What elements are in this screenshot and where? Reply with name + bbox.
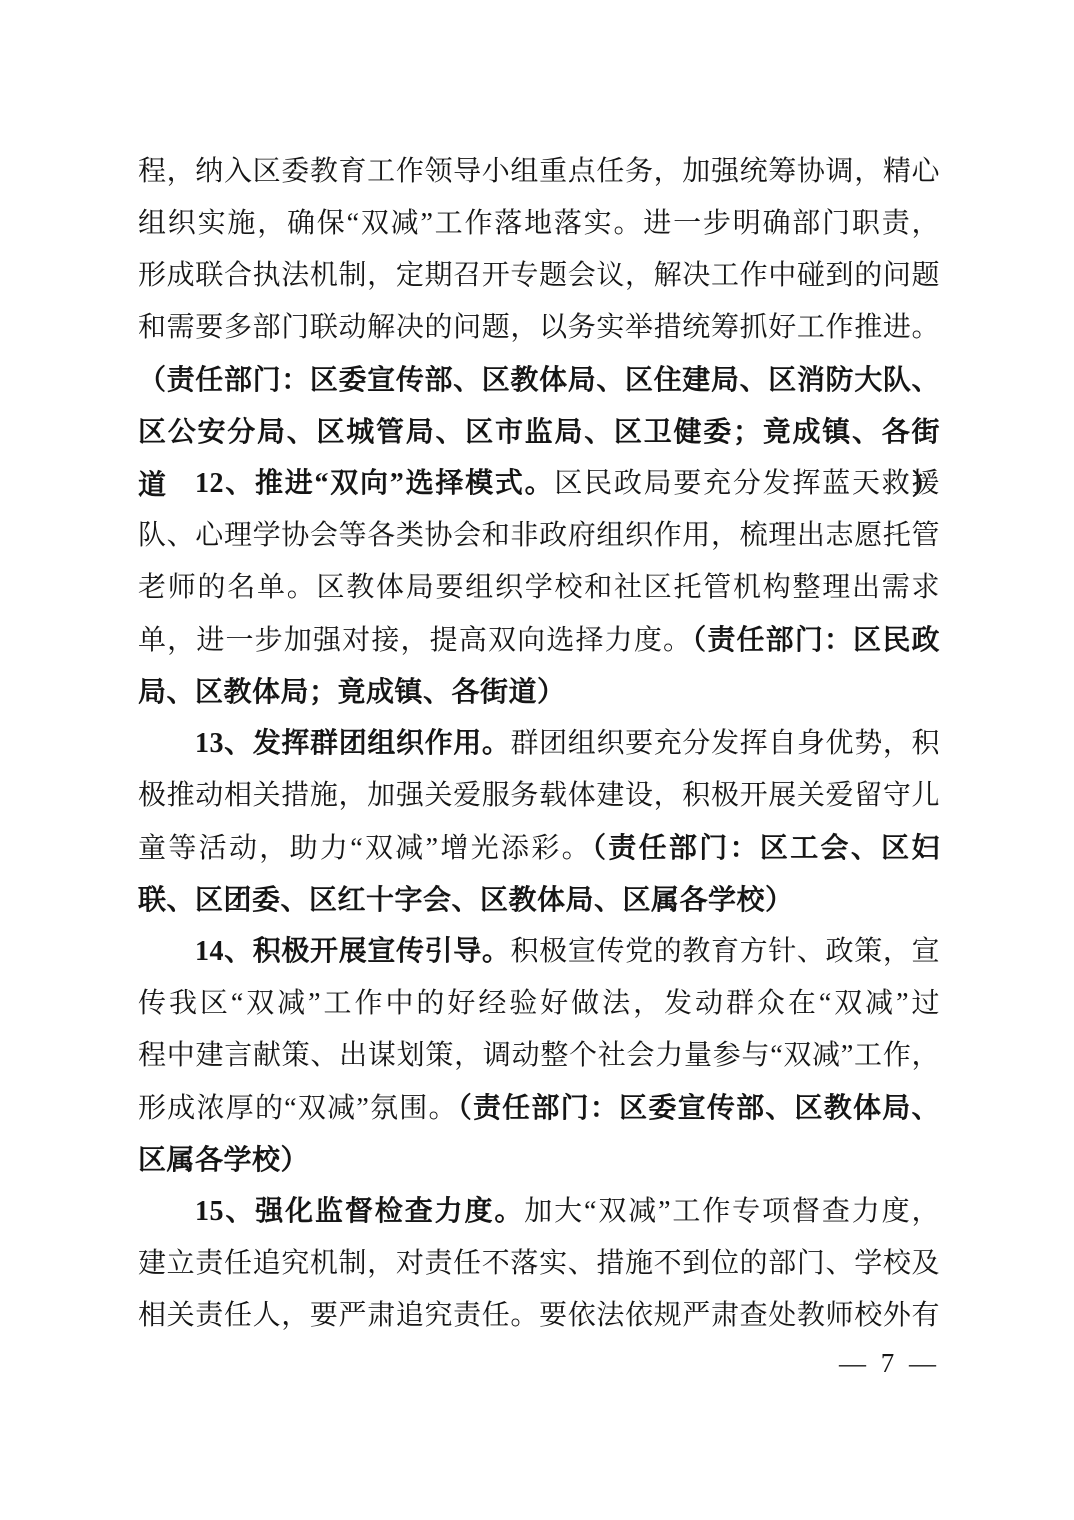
item-heading: 15、强化监督检查力度。 <box>195 1196 524 1227</box>
body-text: 组织实施，确保“双减”工作落地落实。进一步明确部门职责， <box>138 208 940 239</box>
body-text: 相关责任人，要严肃追究责任。要依法依规严肃查处教师校外有 <box>138 1300 940 1331</box>
responsible-depts: 联、区团委、区红十字会、区教体局、区属各学校） <box>138 884 794 915</box>
text-line: 15、强化监督检查力度。加大“双减”工作专项督查力度， <box>138 1186 940 1238</box>
item-heading: 12、推进“双向”选择模式。 <box>195 468 554 499</box>
text-line: 建立责任追究机制，对责任不落实、措施不到位的部门、学校及 <box>138 1238 940 1290</box>
text-line: （责任部门：区委宣传部、区教体局、区住建局、区消防大队、 <box>138 354 940 406</box>
responsible-depts: （责任部门：区委宣传部、区教体局、区住建局、区消防大队、 <box>138 364 940 395</box>
body-text: 积极宣传党的教育方针、政策，宣 <box>511 936 940 967</box>
text-line: 极推动相关措施，加强关爱服务载体建设，积极开展关爱留守儿 <box>138 770 940 822</box>
text-line: 13、发挥群团组织作用。群团组织要充分发挥自身优势，积 <box>138 718 940 770</box>
text-line: 队、心理学协会等各类协会和非政府组织作用，梳理出志愿托管 <box>138 510 940 562</box>
text-line: 14、积极开展宣传引导。积极宣传党的教育方针、政策，宣 <box>138 926 940 978</box>
body-text: 传我区“双减”工作中的好经验好做法，发动群众在“双减”过 <box>138 988 940 1019</box>
responsible-depts: （责任部门：区工会、区妇 <box>592 832 940 863</box>
body-text: 童等活动，助力“双减”增光添彩。 <box>138 833 592 864</box>
responsible-depts: 区属各学校） <box>138 1144 309 1175</box>
text-line: 传我区“双减”工作中的好经验好做法，发动群众在“双减”过 <box>138 978 940 1030</box>
text-line: 形成联合执法机制，定期召开专题会议，解决工作中碰到的问题 <box>138 250 940 302</box>
body-text: 单，进一步加强对接，提高双向选择力度。 <box>138 625 692 656</box>
text-line: 区公安分局、区城管局、区市监局、区卫健委；竟成镇、各街道） <box>138 406 940 458</box>
text-line: 组织实施，确保“双减”工作落地落实。进一步明确部门职责， <box>138 198 940 250</box>
text-line: 区属各学校） <box>138 1134 940 1186</box>
item-heading: 14、积极开展宣传引导。 <box>195 936 511 967</box>
text-line: 单，进一步加强对接，提高双向选择力度。（责任部门：区民政 <box>138 614 940 666</box>
text-line: 12、推进“双向”选择模式。区民政局要充分发挥蓝天救援 <box>138 458 940 510</box>
text-line: 程中建言献策、出谋划策，调动整个社会力量参与“双减”工作， <box>138 1030 940 1082</box>
body-text: 老师的名单。区教体局要组织学校和社区托管机构整理出需求 <box>138 572 940 603</box>
document-page: 程，纳入区委教育工作领导小组重点任务，加强统筹协调，精心组织实施，确保“双减”工… <box>0 0 1074 1520</box>
body-text: 加大“双减”工作专项督查力度， <box>524 1196 940 1227</box>
body-text: 极推动相关措施，加强关爱服务载体建设，积极开展关爱留守儿 <box>138 780 940 811</box>
body-text: 和需要多部门联动解决的问题，以务实举措统筹抓好工作推进。 <box>138 312 940 343</box>
responsible-depts: （责任部门：区委宣传部、区教体局、 <box>458 1092 940 1123</box>
body-text: 程，纳入区委教育工作领导小组重点任务，加强统筹协调，精心 <box>138 156 940 187</box>
text-line: 和需要多部门联动解决的问题，以务实举措统筹抓好工作推进。 <box>138 302 940 354</box>
text-line: 程，纳入区委教育工作领导小组重点任务，加强统筹协调，精心 <box>138 146 940 198</box>
body-text: 形成浓厚的“双减”氛围。 <box>138 1093 458 1124</box>
item-heading: 13、发挥群团组织作用。 <box>195 728 511 759</box>
body-text: 程中建言献策、出谋划策，调动整个社会力量参与“双减”工作， <box>138 1040 940 1071</box>
text-line: 形成浓厚的“双减”氛围。（责任部门：区委宣传部、区教体局、 <box>138 1082 940 1134</box>
body-text: 区民政局要充分发挥蓝天救援 <box>554 468 940 499</box>
text-line: 局、区教体局；竟成镇、各街道） <box>138 666 940 718</box>
text-line: 童等活动，助力“双减”增光添彩。（责任部门：区工会、区妇 <box>138 822 940 874</box>
body-text: 形成联合执法机制，定期召开专题会议，解决工作中碰到的问题 <box>138 260 940 291</box>
body-text: 建立责任追究机制，对责任不落实、措施不到位的部门、学校及 <box>138 1248 940 1279</box>
responsible-depts: （责任部门：区民政 <box>692 624 940 655</box>
text-line: 联、区团委、区红十字会、区教体局、区属各学校） <box>138 874 940 926</box>
body-text: 群团组织要充分发挥自身优势，积 <box>511 728 940 759</box>
body-text: 队、心理学协会等各类协会和非政府组织作用，梳理出志愿托管 <box>138 520 940 551</box>
text-line: 相关责任人，要严肃追究责任。要依法依规严肃查处教师校外有 <box>138 1290 940 1342</box>
document-text-block: 程，纳入区委教育工作领导小组重点任务，加强统筹协调，精心组织实施，确保“双减”工… <box>138 146 940 1342</box>
responsible-depts: 局、区教体局；竟成镇、各街道） <box>138 676 566 707</box>
page-number: — 7 — <box>839 1348 940 1379</box>
text-line: 老师的名单。区教体局要组织学校和社区托管机构整理出需求 <box>138 562 940 614</box>
